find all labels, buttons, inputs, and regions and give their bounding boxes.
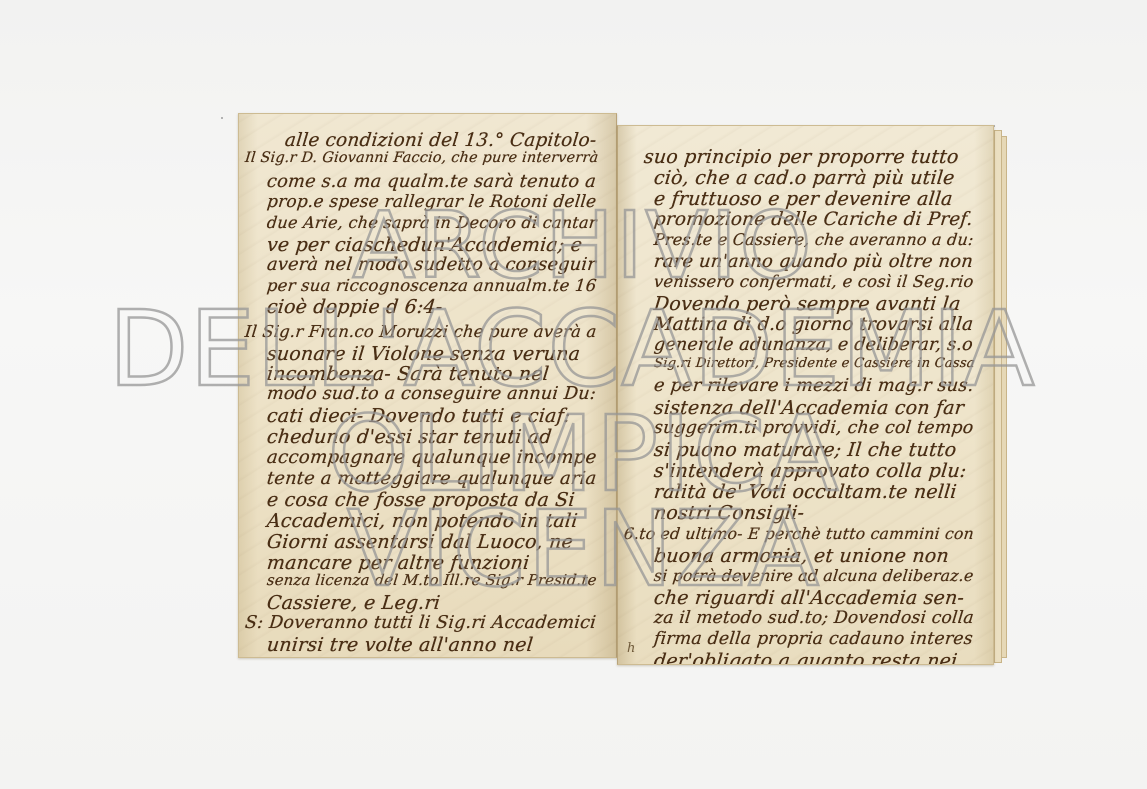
text-line: e cosa che fosse proposta da Si xyxy=(266,489,576,511)
text-line: ciò, che a cad.o parrà più utile xyxy=(653,167,956,189)
text-line: cheduno d'essi star tenuti ad xyxy=(266,426,553,448)
scan-stage: alle condizioni del 13.° Capitolo- Il Si… xyxy=(0,0,1147,789)
text-line: per sua riccognoscenza annualm.te 16 xyxy=(266,276,597,295)
text-line: Il Sig.r D. Giovanni Faccio, che pure in… xyxy=(244,150,599,166)
text-line: prop.e spese rallegrar le Rotoni delle xyxy=(266,192,597,212)
text-line: suonare il Violone senza veruna xyxy=(266,343,581,365)
text-line: suggerim.ti provvidi, che col tempo xyxy=(653,418,975,438)
right-page: suo principio per proporre tutto ciò, ch… xyxy=(617,125,994,665)
manuscript-spread: alle condizioni del 13.° Capitolo- Il Si… xyxy=(236,110,1011,670)
text-line: senza licenza del M.to Ill.re Sig.r Pres… xyxy=(266,572,597,589)
text-line: suo xyxy=(538,652,574,658)
text-line: Giorni assentarsi dal Luoco, ne xyxy=(266,531,574,553)
text-line: buona armonia, et unione non xyxy=(653,545,950,567)
text-line: accompagnare qualunque incompe xyxy=(266,447,598,468)
text-line: der'obligato a quanto resta nei xyxy=(653,650,959,665)
text-line: za il metodo sud.to; Dovendosi colla xyxy=(653,608,975,628)
text-line: alle condizioni del 13.° Capitolo- xyxy=(284,130,598,151)
text-line: promozione delle Cariche di Pref. xyxy=(653,209,974,230)
text-line: Accademici, non potendo in tali xyxy=(266,510,579,532)
text-line: cioè doppie d 6:4- xyxy=(266,296,444,318)
text-line: si potrà devenire ad alcuna deliberaz.e xyxy=(653,566,975,585)
text-line: Dovendo però sempre avanti la xyxy=(653,293,962,315)
text-line: venissero confermati, e così il Seg.rio xyxy=(653,272,975,291)
text-line: Sig.ri Direttori, Presidente e Cassiere … xyxy=(653,356,975,371)
folio-mark: h xyxy=(627,641,635,656)
text-line: cati dieci- Dovendo tutti e ciaf: xyxy=(266,405,572,427)
text-line: come s.a ma qualm.te sarà tenuto a xyxy=(266,171,597,192)
text-line: rare un'anno quando più oltre non xyxy=(653,251,974,272)
text-line: tente a motteggiare qualunque aria xyxy=(266,468,598,489)
text-line: s'intenderà approvato colla plu: xyxy=(653,460,968,482)
text-line: ve per ciaschedun'Accademia; e xyxy=(266,234,583,256)
text-line: 6.to ed ultimo- E perchè tutto cammini c… xyxy=(623,524,975,543)
text-line: si puono maturare; Il che tutto xyxy=(653,439,958,461)
text-line: mancare per altre funzioni xyxy=(266,552,531,574)
text-line: ralità de' Voti occultam.te nelli xyxy=(653,481,958,503)
text-line: due Arie, che saprà in Decoro di cantar xyxy=(266,213,598,232)
text-line: suo principio per proporre tutto xyxy=(643,146,960,168)
text-line: generale adunanza, e deliberar, s.o xyxy=(653,335,974,355)
text-line: e per rilevare i mezzi di mag.r sus. xyxy=(653,376,975,396)
text-line: Mattina di d.o giorno trovarsi alla xyxy=(653,314,974,335)
text-line: Pres.te e Cassiere, che averanno a du: xyxy=(653,230,975,249)
text-line: sistenza dell'Accademia con far xyxy=(653,397,965,419)
text-line: modo sud.to a conseguire annui Du: xyxy=(266,384,597,404)
text-line: e fruttuoso e per devenire alla xyxy=(653,188,954,210)
left-page-text: alle condizioni del 13.° Capitolo- Il Si… xyxy=(239,114,616,657)
text-line: incombenza- Sarà tenuto nel xyxy=(266,363,550,385)
text-line: firma della propria cadauno interes xyxy=(653,629,974,649)
text-line: averà nel modo sudetto a conseguir xyxy=(266,255,597,275)
text-line: che riguardi all'Accademia sen- xyxy=(653,587,965,609)
text-line: unirsi tre volte all'anno nel xyxy=(266,634,534,656)
page-edge xyxy=(994,130,1002,663)
dust-speck xyxy=(221,117,223,119)
right-page-text: suo principio per proporre tutto ciò, ch… xyxy=(618,126,993,664)
text-line: nostri Consigli- xyxy=(653,502,806,524)
text-line: Il Sig.r Fran.co Moruzzi che pure averà … xyxy=(244,322,598,341)
text-line: Cassiere, e Leg.ri xyxy=(266,592,442,614)
left-page: alle condizioni del 13.° Capitolo- Il Si… xyxy=(238,113,617,658)
text-line: S: Doveranno tutti li Sig.ri Accademici xyxy=(244,613,597,633)
